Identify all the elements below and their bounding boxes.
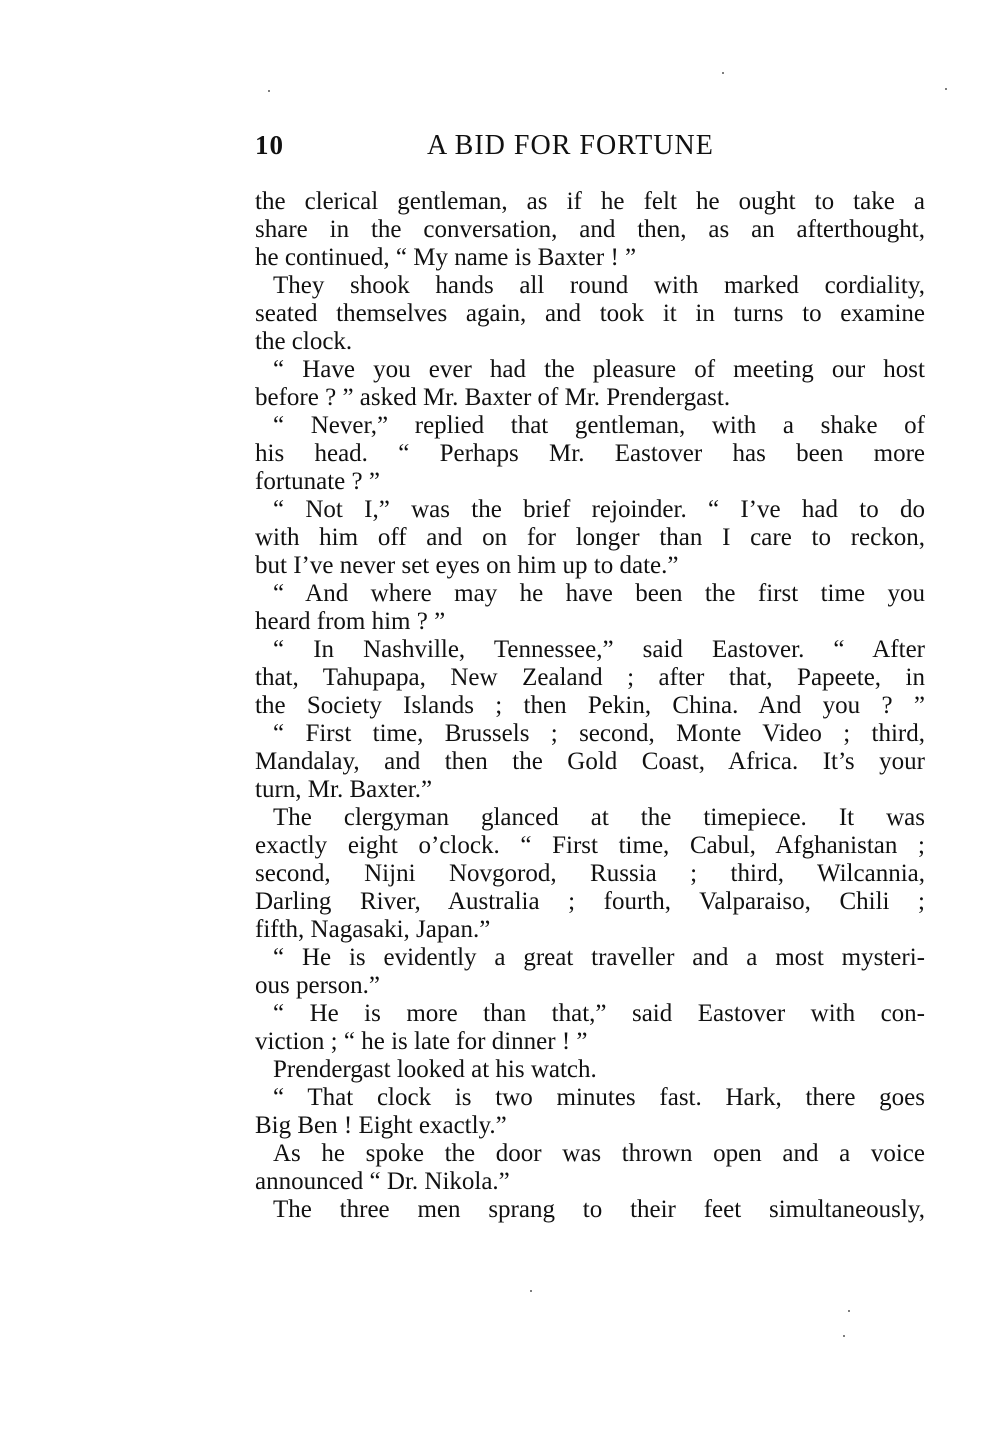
text-line: Darling River, Australia ; fourth, Valpa… — [255, 888, 925, 916]
text-line: “ And where may he have been the first t… — [255, 580, 925, 608]
page-number: 10 — [255, 130, 284, 161]
text-line: They shook hands all round with marked c… — [255, 272, 925, 300]
text-line: fortunate ? ” — [255, 468, 925, 496]
text-line: seated themselves again, and took it in … — [255, 300, 925, 328]
text-line: fifth, Nagasaki, Japan.” — [255, 916, 925, 944]
text-line: exactly eight o’clock. “ First time, Cab… — [255, 832, 925, 860]
text-line: the clerical gentleman, as if he felt he… — [255, 188, 925, 216]
text-line: second, Nijni Novgorod, Russia ; third, … — [255, 860, 925, 888]
text-line: “ In Nashville, Tennessee,” said Eastove… — [255, 636, 925, 664]
text-line: “ Not I,” was the brief rejoinder. “ I’v… — [255, 496, 925, 524]
text-line: heard from him ? ” — [255, 608, 925, 636]
text-line: his head. “ Perhaps Mr. Eastover has bee… — [255, 440, 925, 468]
text-line: viction ; “ he is late for dinner ! ” — [255, 1028, 925, 1056]
text-line: Mandalay, and then the Gold Coast, Afric… — [255, 748, 925, 776]
scan-speck — [722, 72, 724, 74]
text-line: that, Tahupapa, New Zealand ; after that… — [255, 664, 925, 692]
text-line: “ He is evidently a great traveller and … — [255, 944, 925, 972]
running-title: A BID FOR FORTUNE — [427, 130, 714, 162]
text-line: As he spoke the door was thrown open and… — [255, 1140, 925, 1168]
text-line: The three men sprang to their feet simul… — [255, 1196, 925, 1224]
body-text: the clerical gentleman, as if he felt he… — [255, 188, 925, 1224]
text-line: announced “ Dr. Nikola.” — [255, 1168, 925, 1196]
text-line: “ First time, Brussels ; second, Monte V… — [255, 720, 925, 748]
text-line: The clergyman glanced at the timepiece. … — [255, 804, 925, 832]
scan-speck — [848, 1310, 850, 1312]
scan-speck — [843, 1335, 845, 1337]
text-line: turn, Mr. Baxter.” — [255, 776, 925, 804]
scan-speck — [268, 90, 270, 92]
text-line: the Society Islands ; then Pekin, China.… — [255, 692, 925, 720]
text-line: he continued, “ My name is Baxter ! ” — [255, 244, 925, 272]
book-page: 10 A BID FOR FORTUNE the clerical gentle… — [0, 0, 1000, 1430]
text-line: share in the conversation, and then, as … — [255, 216, 925, 244]
text-line: “ That clock is two minutes fast. Hark, … — [255, 1084, 925, 1112]
page-header: 10 A BID FOR FORTUNE — [255, 130, 925, 166]
text-line: the clock. — [255, 328, 925, 356]
text-line: ous person.” — [255, 972, 925, 1000]
text-line: but I’ve never set eyes on him up to dat… — [255, 552, 925, 580]
text-line: with him off and on for longer than I ca… — [255, 524, 925, 552]
scan-speck — [530, 1290, 532, 1292]
scan-speck — [945, 88, 947, 90]
text-line: Big Ben ! Eight exactly.” — [255, 1112, 925, 1140]
text-line: “ Have you ever had the pleasure of meet… — [255, 356, 925, 384]
text-line: Prendergast looked at his watch. — [255, 1056, 925, 1084]
text-line: before ? ” asked Mr. Baxter of Mr. Prend… — [255, 384, 925, 412]
text-line: “ Never,” replied that gentleman, with a… — [255, 412, 925, 440]
text-line: “ He is more than that,” said Eastover w… — [255, 1000, 925, 1028]
